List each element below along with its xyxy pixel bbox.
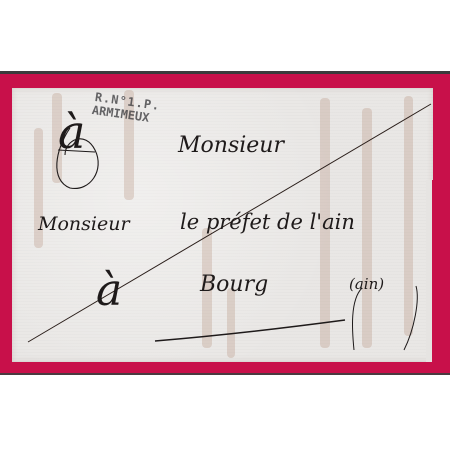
- handwritten-a-top: à: [58, 105, 85, 159]
- handwritten-department: (ain): [349, 275, 384, 293]
- city-underline: [155, 320, 345, 341]
- paren-stroke: [404, 286, 417, 350]
- photo-stage: R.N°1.P. ARMIMEUX à Monsieur Monsieur le…: [0, 0, 450, 450]
- handwritten-city: Bourg: [200, 272, 268, 297]
- handwritten-role: le préfet de l'ain: [180, 210, 355, 234]
- handwritten-a-bottom: à: [96, 265, 122, 316]
- handwritten-title: Monsieur: [38, 213, 130, 235]
- handwritten-salutation: Monsieur: [178, 133, 284, 158]
- paren-stroke: [352, 288, 362, 350]
